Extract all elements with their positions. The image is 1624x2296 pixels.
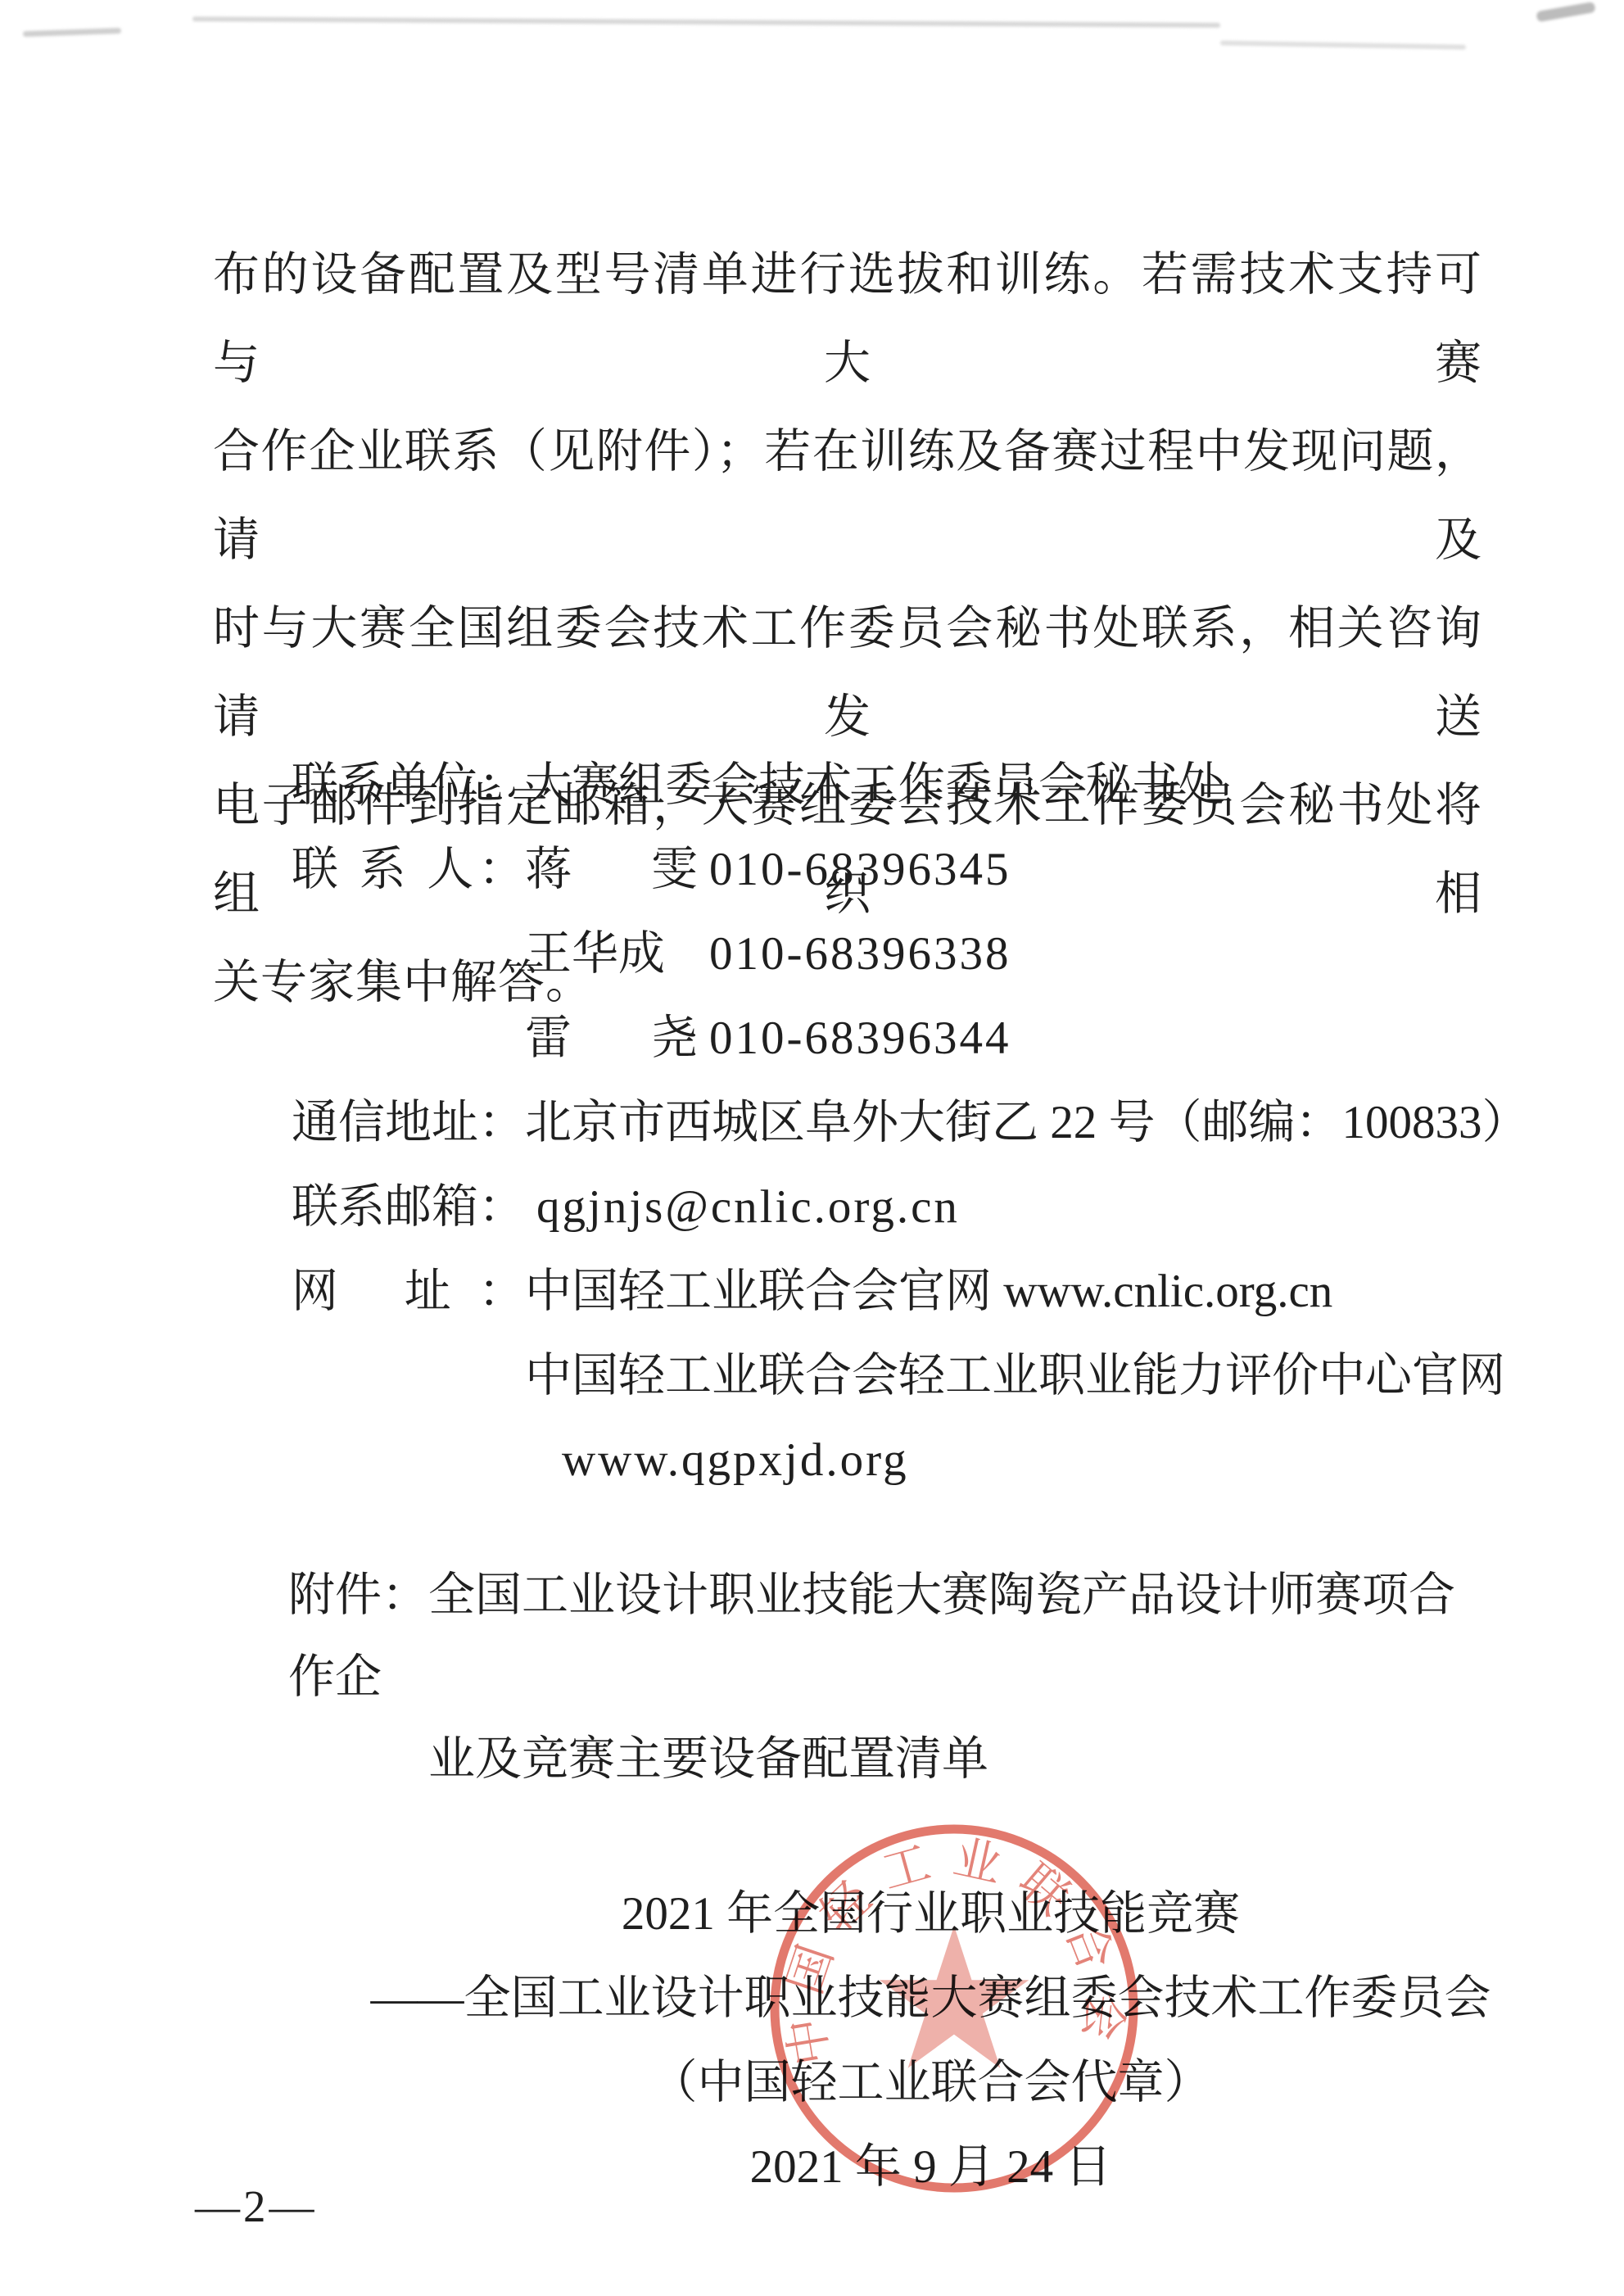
attachment-line: 附件：全国工业设计职业技能大赛陶瓷产品设计师赛项合作企 [288, 1555, 1500, 1719]
seal-star-icon [880, 1926, 1029, 2068]
paragraph-line: 合作企业联系（见附件）；若在训练及备赛过程中发现问题，请及 [213, 408, 1482, 585]
scan-artifact [1536, 2, 1595, 22]
contact-email-label: 联系邮箱： [292, 1165, 525, 1249]
contact-person-phone: 010-68396345 [709, 844, 1011, 895]
contact-unit-label: 联系单位： [292, 743, 525, 827]
paragraph-line: 布的设备配置及型号清单进行选拔和训练。若需技术支持可与大赛 [213, 231, 1482, 408]
contact-address-row: 通信地址：北京市西城区阜外大街乙 22 号（邮编：100833） [292, 1080, 1529, 1165]
contact-person-name: 蒋 雯 [525, 827, 698, 912]
contact-website-row-2: 中国轻工业联合会轻工业职业能力评价中心官网 [525, 1334, 1529, 1418]
contact-unit-value: 大赛组委会技术工作委员会秘书处 [525, 759, 1225, 811]
contact-unit-row: 联系单位：大赛组委会技术工作委员会秘书处 [292, 743, 1529, 827]
scan-artifact [1220, 40, 1466, 49]
contact-website-row-3: www.qgpxjd.org [562, 1418, 1529, 1502]
contact-email-value: qgjnjs@cnlic.org.cn [536, 1181, 960, 1233]
contact-address-value: 北京市西城区阜外大街乙 22 号（邮编：100833） [525, 1097, 1529, 1148]
contact-person-label: 联 系 人： [292, 827, 525, 912]
official-seal: 中国轻工业联合会 [766, 1820, 1142, 2197]
scan-artifact [23, 28, 121, 37]
contact-person-phone: 010-68396338 [709, 928, 1011, 980]
contact-person-phone: 010-68396344 [709, 1012, 1011, 1064]
contact-person-row: 王华成010-68396338 [525, 912, 1529, 996]
contact-person-name: 雷 尧 [525, 996, 698, 1080]
document-page: 布的设备配置及型号清单进行选拔和训练。若需技术支持可与大赛 合作企业联系（见附件… [0, 0, 1624, 2296]
attachment-title: 全国工业设计职业技能大赛陶瓷产品设计师赛项合作企 [288, 1569, 1455, 1703]
scan-artifact [192, 16, 1220, 28]
contact-person-name: 王华成 [525, 912, 698, 996]
contact-website-value: 中国轻工业联合会官网 www.cnlic.org.cn [525, 1266, 1332, 1317]
contact-person-row: 联 系 人：蒋 雯010-68396345 [292, 827, 1529, 912]
contact-address-label: 通信地址： [292, 1080, 525, 1165]
attachment-line: 业及竞赛主要设备配置清单 [428, 1719, 1500, 1800]
attachment-note: 附件：全国工业设计职业技能大赛陶瓷产品设计师赛项合作企 业及竞赛主要设备配置清单 [288, 1555, 1500, 1800]
contact-website-label: 网 址： [292, 1249, 525, 1334]
contact-website-row: 网 址：中国轻工业联合会官网 www.cnlic.org.cn [292, 1249, 1529, 1334]
page-number: —2— [195, 2181, 318, 2232]
contact-email-row: 联系邮箱：qgjnjs@cnlic.org.cn [292, 1165, 1529, 1249]
contact-block: 联系单位：大赛组委会技术工作委员会秘书处 联 系 人：蒋 雯010-683963… [292, 743, 1529, 1502]
paragraph-line: 时与大赛全国组委会技术工作委员会秘书处联系，相关咨询请发送 [213, 585, 1482, 762]
contact-person-row: 雷 尧010-68396344 [525, 996, 1529, 1080]
attachment-label: 附件： [288, 1569, 428, 1621]
